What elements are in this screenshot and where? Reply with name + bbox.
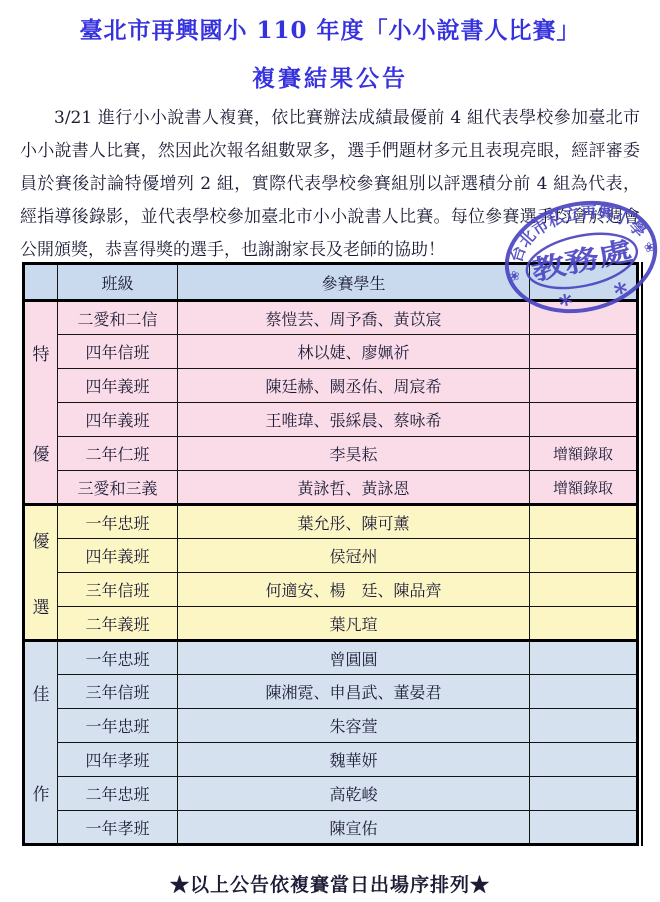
header-note-cell	[530, 264, 638, 301]
table-row: 特 優 二愛和二信 蔡愷芸、周予喬、黃苡宸	[24, 301, 638, 335]
class-cell: 三愛和三義	[58, 471, 178, 505]
students-cell: 蔡愷芸、周予喬、黃苡宸	[178, 301, 530, 335]
header-group-cell	[24, 264, 58, 301]
group-label-char: 選	[33, 593, 50, 618]
group-label-excellent: 優 選	[24, 505, 58, 641]
students-cell: 陳宣佑	[178, 811, 530, 845]
results-table-wrap: 班級 參賽學生 特 優 二愛和二信 蔡愷芸、周予喬、黃苡宸	[22, 262, 643, 846]
group-label-char: 佳	[33, 680, 50, 705]
note-cell	[530, 505, 638, 539]
stamp-flower-right-icon: ❀	[643, 240, 657, 257]
note-cell	[530, 403, 638, 437]
class-cell: 四年孝班	[58, 743, 178, 777]
class-cell: 四年義班	[58, 539, 178, 573]
class-cell: 三年信班	[58, 573, 178, 607]
table-row: 四年義班 陳廷赫、闕丞佑、周宸希	[24, 369, 638, 403]
results-table: 班級 參賽學生 特 優 二愛和二信 蔡愷芸、周予喬、黃苡宸	[22, 262, 639, 846]
students-cell: 曾圓圓	[178, 641, 530, 675]
class-cell: 三年信班	[58, 675, 178, 709]
note-cell	[530, 709, 638, 743]
note-cell: 增額錄取	[530, 471, 638, 505]
table-header-row: 班級 參賽學生	[24, 264, 638, 301]
note-cell	[530, 539, 638, 573]
class-cell: 一年忠班	[58, 709, 178, 743]
students-cell: 黃詠哲、黃詠恩	[178, 471, 530, 505]
students-cell: 何適安、楊 廷、陳品齊	[178, 573, 530, 607]
class-cell: 一年忠班	[58, 641, 178, 675]
note-cell	[530, 607, 638, 641]
group-label-special: 特 優	[24, 301, 58, 505]
note-cell	[530, 301, 638, 335]
page-title: 臺北市再興國小 110 年度「小小說書人比賽」	[0, 12, 660, 45]
header-class-cell: 班級	[58, 264, 178, 301]
table-row: 二年義班 葉凡瑄	[24, 607, 638, 641]
note-cell	[530, 777, 638, 811]
note-cell	[530, 641, 638, 675]
students-cell: 陳廷赫、闕丞佑、周宸希	[178, 369, 530, 403]
students-cell: 魏華妍	[178, 743, 530, 777]
table-row: 四年義班 王唯瑋、張綵晨、蔡咏希	[24, 403, 638, 437]
class-cell: 四年義班	[58, 369, 178, 403]
students-cell: 李昊耘	[178, 437, 530, 471]
announcement-paragraph: 3/21 進行小小說書人複賽，依比賽辦法成績最優前 4 組代表學校參加臺北市小小…	[20, 102, 640, 267]
class-cell: 一年忠班	[58, 505, 178, 539]
class-cell: 一年孝班	[58, 811, 178, 845]
class-cell: 二年義班	[58, 607, 178, 641]
students-cell: 王唯瑋、張綵晨、蔡咏希	[178, 403, 530, 437]
table-row: 優 選 一年忠班 葉允彤、陳可薰	[24, 505, 638, 539]
note-cell	[530, 369, 638, 403]
class-cell: 四年信班	[58, 335, 178, 369]
class-cell: 二年忠班	[58, 777, 178, 811]
table-row: 四年孝班 魏華妍	[24, 743, 638, 777]
table-row: 一年忠班 朱容萱	[24, 709, 638, 743]
students-cell: 高乾峻	[178, 777, 530, 811]
students-cell: 葉允彤、陳可薰	[178, 505, 530, 539]
table-row: 二年忠班 高乾峻	[24, 777, 638, 811]
group-label-char: 優	[33, 527, 50, 552]
table-row: 三年信班 陳湘霓、申昌武、董晏君	[24, 675, 638, 709]
header-students-cell: 參賽學生	[178, 264, 530, 301]
group-label-char: 優	[33, 440, 50, 465]
students-cell: 陳湘霓、申昌武、董晏君	[178, 675, 530, 709]
note-cell	[530, 675, 638, 709]
class-cell: 二愛和二信	[58, 301, 178, 335]
page-subtitle: 複賽結果公告	[0, 60, 660, 93]
students-cell: 葉凡瑄	[178, 607, 530, 641]
students-cell: 侯冠州	[178, 539, 530, 573]
note-cell	[530, 573, 638, 607]
table-row: 佳 作 一年忠班 曾圓圓	[24, 641, 638, 675]
class-cell: 四年義班	[58, 403, 178, 437]
table-row: 四年義班 侯冠州	[24, 539, 638, 573]
group-label-char: 特	[33, 340, 50, 365]
table-row: 三年信班 何適安、楊 廷、陳品齊	[24, 573, 638, 607]
group-label-char: 作	[33, 780, 50, 805]
students-cell: 朱容萱	[178, 709, 530, 743]
note-cell	[530, 811, 638, 845]
table-row: 二年仁班 李昊耘 增額錄取	[24, 437, 638, 471]
note-cell	[530, 335, 638, 369]
class-cell: 二年仁班	[58, 437, 178, 471]
table-row: 一年孝班 陳宣佑	[24, 811, 638, 845]
footer-note: ★以上公告依複賽當日出場序排列★	[0, 870, 660, 897]
table-row: 四年信班 林以婕、廖姵祈	[24, 335, 638, 369]
note-cell	[530, 743, 638, 777]
announcement-page: 臺北市再興國小 110 年度「小小說書人比賽」 複賽結果公告 3/21 進行小小…	[0, 0, 660, 902]
table-row: 三愛和三義 黃詠哲、黃詠恩 增額錄取	[24, 471, 638, 505]
group-label-merit: 佳 作	[24, 641, 58, 845]
note-cell: 增額錄取	[530, 437, 638, 471]
students-cell: 林以婕、廖姵祈	[178, 335, 530, 369]
